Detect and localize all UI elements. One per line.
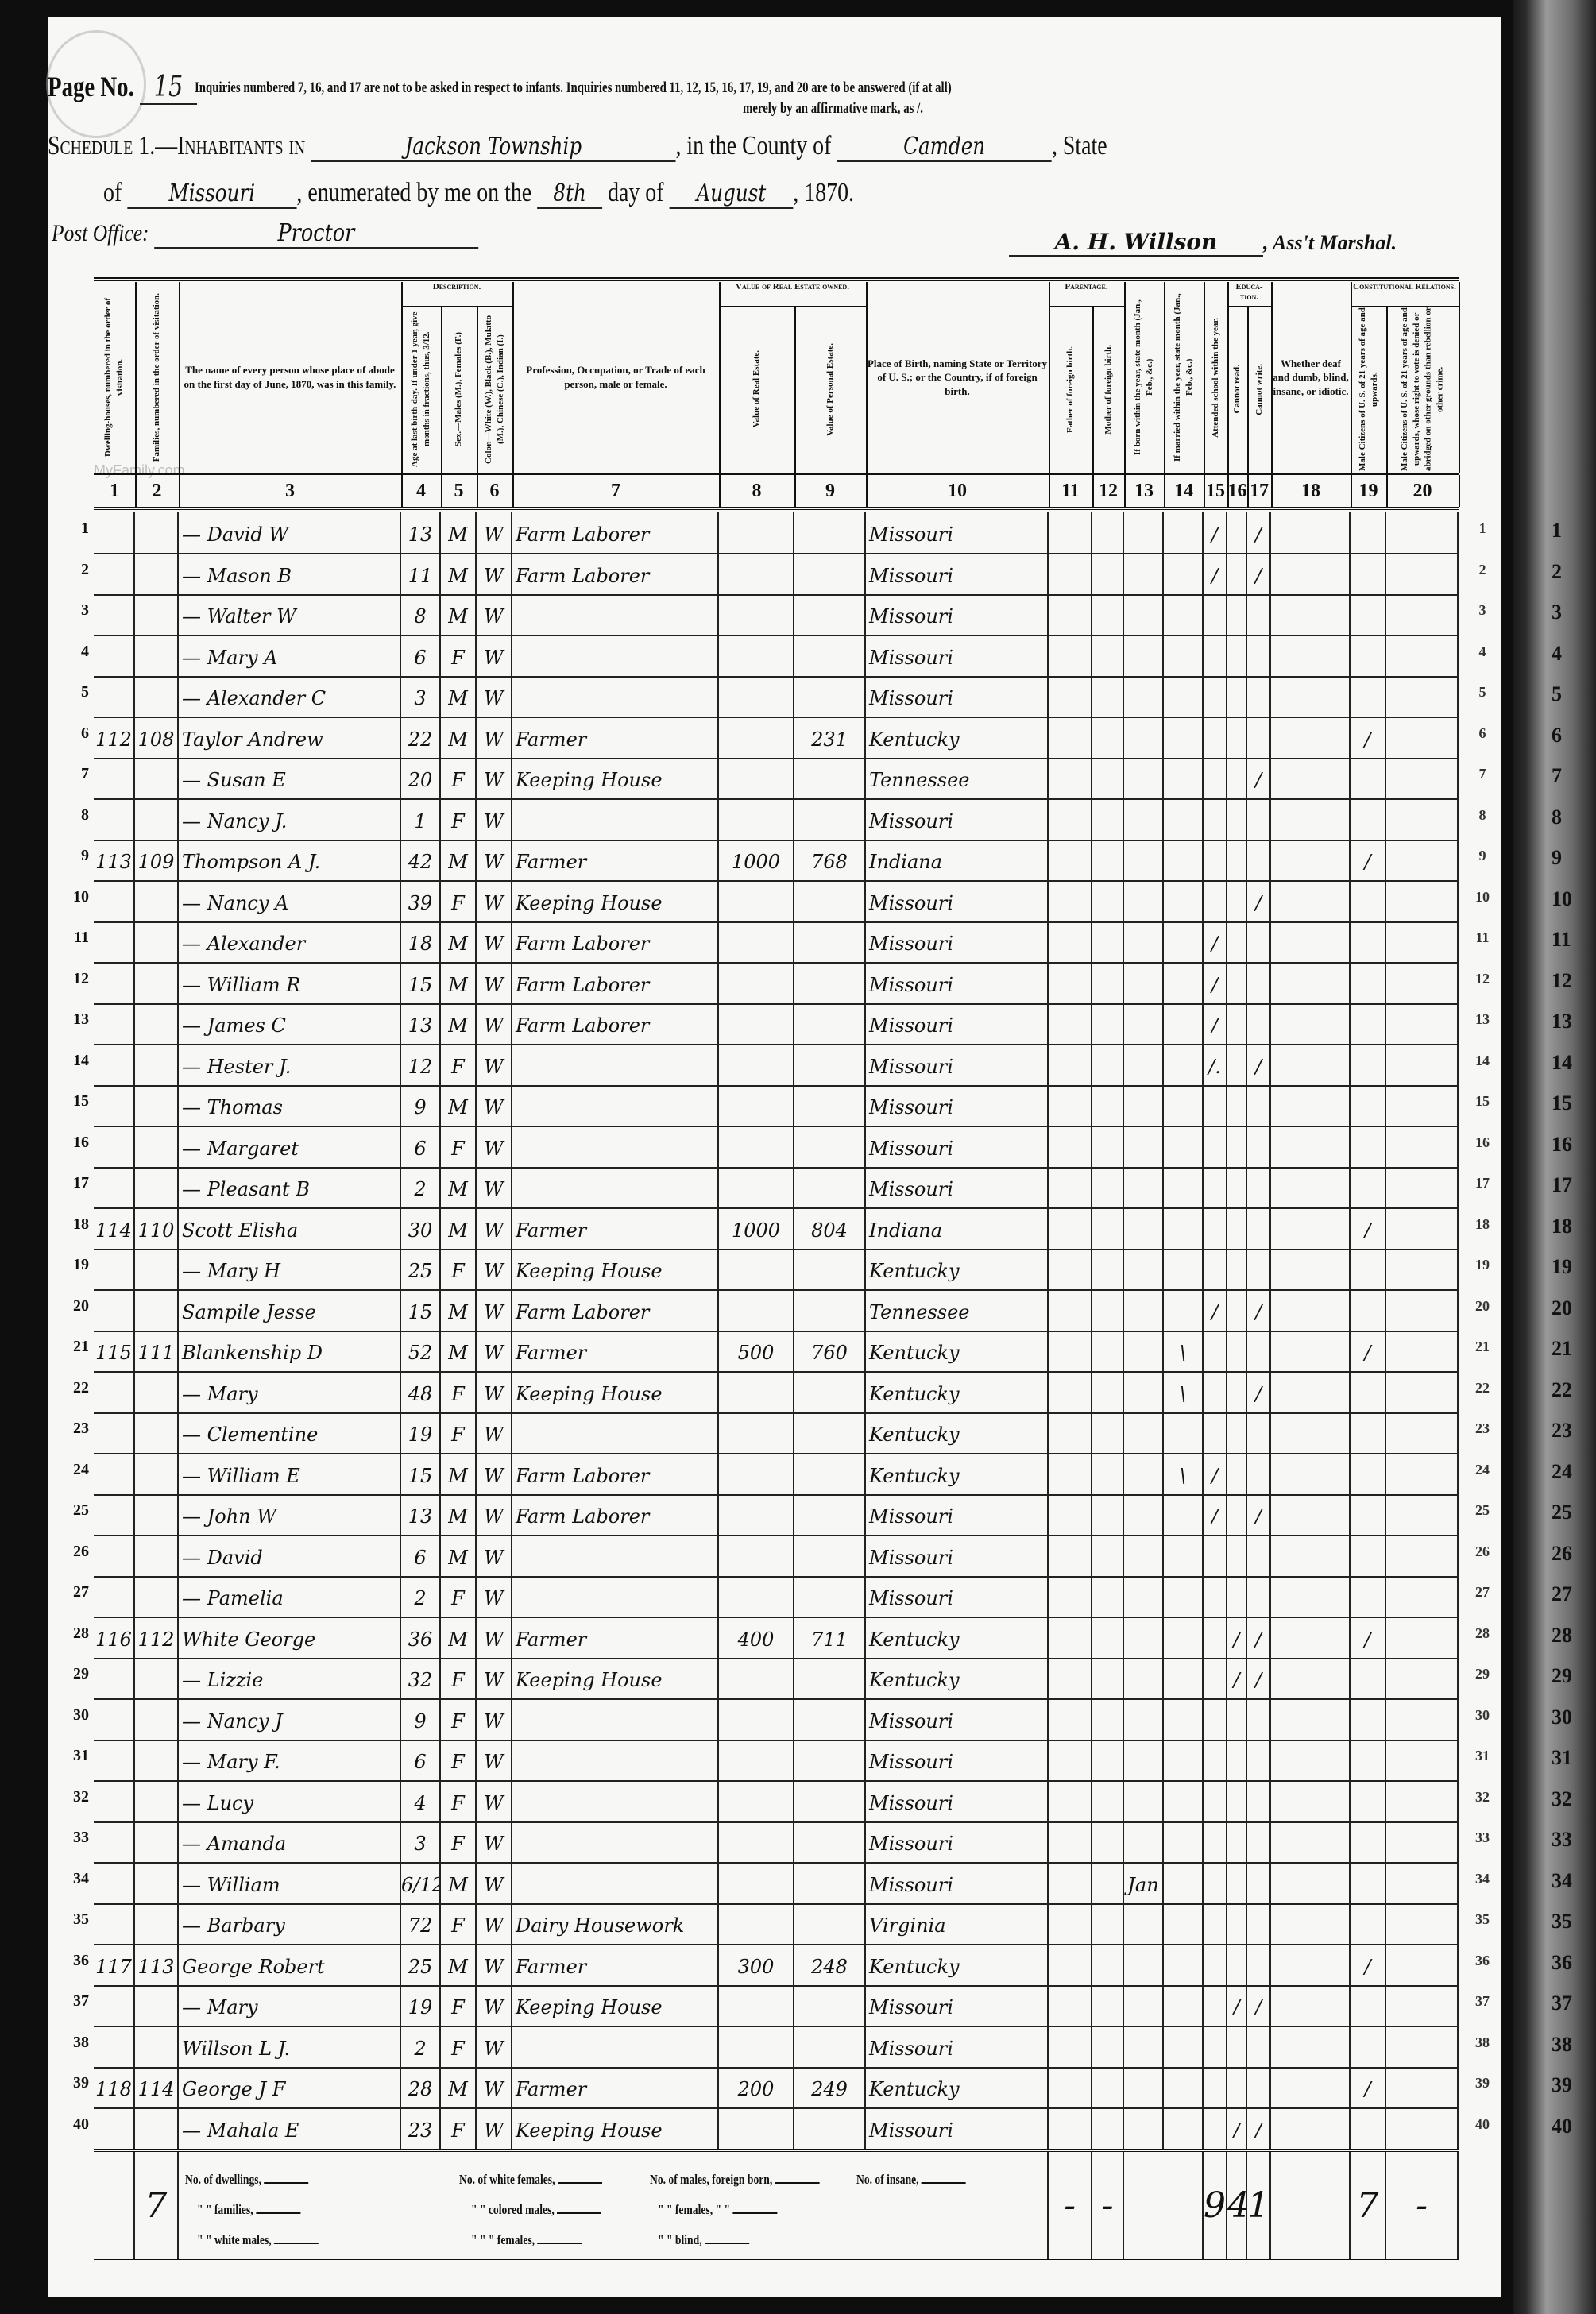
cell-c13: [1124, 1045, 1164, 1085]
column-header-5: Sex.—Males (M.), Females (F.): [441, 306, 478, 473]
cell-c20: [1386, 1658, 1459, 1698]
cell-birthplace: Missouri: [866, 1126, 1049, 1167]
cell-c11: [1049, 1781, 1092, 1821]
cell-c18: [1271, 1658, 1351, 1698]
footer-blank: [922, 2182, 966, 2184]
cell-c14: [1164, 1208, 1204, 1249]
cell-personal: [794, 1412, 866, 1453]
cell-personal: [794, 1126, 866, 1167]
cell-personal: [794, 2108, 866, 2149]
line-number: 15: [62, 1085, 89, 1117]
cell-occupation: Farm Laborer: [512, 1494, 719, 1535]
cell-name: — William: [179, 1863, 401, 1903]
line-number-right: 5: [1467, 676, 1498, 708]
line-number-right: 11: [1467, 921, 1498, 953]
cell-family: [135, 799, 179, 840]
cell-color: W: [477, 1863, 512, 1903]
cell-sex: M: [441, 840, 477, 880]
cell-name: — Mary: [179, 1372, 401, 1412]
line-number: 39: [62, 2067, 89, 2099]
line-number-right: 6: [1467, 717, 1498, 749]
cell-birthplace: Missouri: [866, 512, 1049, 553]
cell-family: [135, 1290, 179, 1331]
cell-school: /: [1204, 963, 1227, 1003]
column-header-label: Profession, Occupation, or Trade of each…: [512, 363, 719, 391]
cell-write: [1247, 799, 1271, 840]
cell-dwelling: 114: [94, 1208, 135, 1249]
cell-dwelling: 115: [94, 1331, 135, 1371]
column-number-row: 1234567891011121314151617181920: [94, 473, 1459, 510]
cell-c11: [1049, 1167, 1092, 1207]
cell-write: [1247, 594, 1271, 635]
cell-c12: [1092, 1658, 1124, 1698]
line-number: 33: [62, 1821, 89, 1853]
county-label: , in the County of: [675, 131, 831, 160]
cell-family: [135, 1126, 179, 1167]
adjacent-line-number: 9: [1552, 846, 1562, 870]
cell-personal: [794, 1863, 866, 1903]
cell-occupation: Dairy Housework: [512, 1903, 719, 1944]
cell-occupation: [512, 676, 719, 717]
cell-c18: [1271, 1903, 1351, 1944]
cell-age: 3: [401, 676, 441, 717]
column-header-7: Profession, Occupation, or Trade of each…: [512, 282, 721, 473]
cell-write: [1247, 1249, 1271, 1289]
cell-sex: M: [441, 1945, 477, 1985]
cell-c13: [1124, 1945, 1164, 1985]
column-header-label: Color.—White (W.), Black (B.), Mulatto (…: [483, 306, 507, 473]
cell-c14: [1164, 1781, 1204, 1821]
cell-occupation: [512, 1045, 719, 1085]
cell-c14: [1164, 1699, 1204, 1740]
cell-occupation: Keeping House: [512, 2108, 719, 2149]
cell-color: W: [477, 1617, 512, 1658]
cell-c18: [1271, 1536, 1351, 1576]
cell-dwelling: [94, 1126, 135, 1167]
cell-color: W: [477, 1985, 512, 2026]
cell-c14: \: [1164, 1331, 1204, 1371]
cell-write: [1247, 840, 1271, 880]
cell-write: /: [1247, 1372, 1271, 1412]
cell-real: [719, 2026, 794, 2067]
cell-real: [719, 1985, 794, 2026]
cell-c13: [1124, 676, 1164, 717]
cell-c12: [1092, 1331, 1124, 1371]
adjacent-line-number: 25: [1552, 1501, 1572, 1524]
cell-sex: F: [441, 1372, 477, 1412]
cell-sex: F: [441, 1985, 477, 2026]
cell-color: W: [477, 1003, 512, 1044]
cell-c11: [1049, 676, 1092, 717]
cell-c14: [1164, 1658, 1204, 1698]
cell-color: W: [477, 676, 512, 717]
line-number-right: 32: [1467, 1781, 1498, 1813]
cell-name: — Pamelia: [179, 1576, 401, 1617]
cell-real: [719, 1003, 794, 1044]
cell-personal: [794, 1699, 866, 1740]
cell-personal: [794, 1085, 866, 1126]
cell-c13: [1124, 635, 1164, 676]
column-header-20: Male Citizens of U. S. of 21 years of ag…: [1386, 306, 1460, 473]
cell-name: — William E: [179, 1454, 401, 1494]
cell-c13: [1124, 1985, 1164, 2026]
cell-occupation: Keeping House: [512, 758, 719, 798]
cell-read: [1227, 2026, 1247, 2067]
cell-family: [135, 1576, 179, 1617]
table-row: 3838Willson L J.2FWMissouri: [94, 2026, 1459, 2069]
cell-real: [719, 1781, 794, 1821]
cell-write: [1247, 2067, 1271, 2107]
line-number: 2: [62, 554, 89, 585]
cell-c20: [1386, 594, 1459, 635]
cell-personal: [794, 1003, 866, 1044]
cell-c12: [1092, 1208, 1124, 1249]
footer-total-cell: -: [1386, 2152, 1459, 2259]
cell-color: W: [477, 1372, 512, 1412]
cell-family: [135, 758, 179, 798]
cell-family: [135, 1658, 179, 1698]
line-number-right: 37: [1467, 1985, 1498, 2017]
cell-age: 19: [401, 1412, 441, 1453]
cell-real: [719, 1658, 794, 1698]
table-row: 3131— Mary F.6FWMissouri: [94, 1740, 1459, 1782]
footer-label-insane-label: No. of insane,: [856, 2172, 966, 2188]
line-number: 16: [62, 1126, 89, 1158]
footer-label-colored-males-label: " " colored males,: [471, 2202, 601, 2218]
cell-c12: [1092, 1903, 1124, 1944]
line-number: 31: [62, 1740, 89, 1771]
cell-occupation: [512, 1126, 719, 1167]
cell-age: 15: [401, 1290, 441, 1331]
cell-real: [719, 1821, 794, 1862]
cell-school: [1204, 594, 1227, 635]
cell-family: 113: [135, 1945, 179, 1985]
cell-write: /: [1247, 1617, 1271, 1658]
cell-real: [719, 635, 794, 676]
adjacent-line-number: 6: [1552, 724, 1562, 748]
cell-c13: [1124, 1003, 1164, 1044]
cell-personal: [794, 1372, 866, 1412]
footer-label-text: " " females, " ": [658, 2202, 730, 2217]
adjacent-line-number: 27: [1552, 1582, 1572, 1606]
footer-label-dwellings-label: No. of dwellings,: [185, 2172, 308, 2188]
cell-name: Blankenship D: [179, 1331, 401, 1371]
cell-write: [1247, 1781, 1271, 1821]
line-number: 10: [62, 881, 89, 913]
cell-color: W: [477, 1045, 512, 1085]
cell-sex: M: [441, 1167, 477, 1207]
cell-read: [1227, 1167, 1247, 1207]
cell-sex: M: [441, 963, 477, 1003]
cell-real: [719, 1699, 794, 1740]
line-number-right: 29: [1467, 1658, 1498, 1690]
footer-blank: [558, 2182, 602, 2184]
column-header-label: Place of Birth, naming State or Territor…: [866, 357, 1049, 399]
cell-birthplace: Missouri: [866, 921, 1049, 962]
cell-write: [1247, 1003, 1271, 1044]
cell-age: 42: [401, 840, 441, 880]
column-number: 7: [512, 475, 721, 507]
cell-c11: [1049, 1903, 1092, 1944]
cell-c19: [1351, 1903, 1386, 1944]
cell-name: Taylor Andrew: [179, 717, 401, 758]
column-number: 6: [477, 475, 514, 507]
cell-c13: [1124, 717, 1164, 758]
cell-color: W: [477, 1945, 512, 1985]
cell-c18: [1271, 1821, 1351, 1862]
column-header-6: Color.—White (W.), Black (B.), Mulatto (…: [477, 306, 514, 473]
cell-age: 18: [401, 921, 441, 962]
county-field: Camden: [837, 133, 1052, 162]
table-row: 1010— Nancy A39FWKeeping HouseMissouri/: [94, 881, 1459, 923]
cell-color: W: [477, 881, 512, 921]
line-number: 1: [62, 512, 89, 544]
cell-personal: [794, 1576, 866, 1617]
cell-age: 20: [401, 758, 441, 798]
line-number-right: 4: [1467, 635, 1498, 667]
footer-total-cell: -: [1092, 2152, 1124, 2259]
cell-c12: [1092, 1863, 1124, 1903]
line-number-right: 24: [1467, 1454, 1498, 1485]
cell-write: [1247, 1903, 1271, 1944]
cell-sex: F: [441, 1412, 477, 1453]
table-row: 1414— Hester J.12FWMissouri/./: [94, 1045, 1459, 1087]
cell-personal: 231: [794, 717, 866, 758]
cell-c12: [1092, 1617, 1124, 1658]
cell-age: 22: [401, 717, 441, 758]
cell-name: — Alexander: [179, 921, 401, 962]
cell-c18: [1271, 1290, 1351, 1331]
cell-c14: \: [1164, 1372, 1204, 1412]
footer-blank: [274, 2243, 319, 2244]
cell-c13: [1124, 799, 1164, 840]
line-number-right: 16: [1467, 1126, 1498, 1158]
cell-c18: [1271, 840, 1351, 880]
cell-c11: [1049, 635, 1092, 676]
column-header-label: Value of Real Estate.: [751, 350, 763, 427]
column-header-label: Whether deaf and dumb, blind, insane, or…: [1271, 357, 1351, 399]
cell-c13: [1124, 1781, 1164, 1821]
cell-family: [135, 594, 179, 635]
adjacent-line-number: 19: [1552, 1255, 1572, 1279]
cell-c19: [1351, 594, 1386, 635]
adjacent-line-number: 13: [1552, 1010, 1572, 1033]
cell-sex: F: [441, 1045, 477, 1085]
cell-c19: [1351, 2108, 1386, 2149]
cell-personal: [794, 921, 866, 962]
table-row: 11— David W13MWFarm LaborerMissouri//: [94, 512, 1459, 554]
cell-c20: [1386, 1208, 1459, 1249]
adjacent-line-number: 2: [1552, 560, 1562, 584]
cell-c20: [1386, 1945, 1459, 1985]
table-row: 3333— Amanda3FWMissouri: [94, 1821, 1459, 1864]
cell-dwelling: [94, 1290, 135, 1331]
cell-c14: [1164, 1617, 1204, 1658]
line-number: 9: [62, 840, 89, 871]
cell-real: [719, 799, 794, 840]
cell-personal: [794, 1821, 866, 1862]
cell-real: [719, 1412, 794, 1453]
adjacent-line-number: 24: [1552, 1460, 1572, 1484]
line-number-right: 9: [1467, 840, 1498, 871]
cell-age: 28: [401, 2067, 441, 2107]
cell-c19: [1351, 1494, 1386, 1535]
cell-write: [1247, 676, 1271, 717]
cell-c12: [1092, 2026, 1124, 2067]
cell-c13: [1124, 921, 1164, 962]
cell-real: [719, 921, 794, 962]
cell-c18: [1271, 1576, 1351, 1617]
table-row: 99113109Thompson A J.42MWFarmer1000768In…: [94, 840, 1459, 882]
line-number: 30: [62, 1699, 89, 1731]
cell-color: W: [477, 2067, 512, 2107]
cell-age: 11: [401, 554, 441, 594]
cell-write: [1247, 717, 1271, 758]
cell-real: [719, 1045, 794, 1085]
cell-occupation: [512, 799, 719, 840]
cell-c20: [1386, 840, 1459, 880]
cell-personal: [794, 758, 866, 798]
table-row: 66112108Taylor Andrew22MWFarmer231Kentuc…: [94, 717, 1459, 759]
cell-read: [1227, 1536, 1247, 1576]
cell-dwelling: [94, 963, 135, 1003]
cell-occupation: Farmer: [512, 2067, 719, 2107]
cell-c19: [1351, 1454, 1386, 1494]
cell-name: — David: [179, 1536, 401, 1576]
cell-c11: [1049, 1699, 1092, 1740]
cell-c19: [1351, 1290, 1386, 1331]
cell-occupation: Farmer: [512, 1331, 719, 1371]
cell-personal: [794, 1985, 866, 2026]
cell-color: W: [477, 1412, 512, 1453]
cell-c14: [1164, 2067, 1204, 2107]
line-number-right: 18: [1467, 1208, 1498, 1240]
cell-age: 30: [401, 1208, 441, 1249]
footer-total-cell: -: [1049, 2152, 1092, 2259]
table-row: 22— Mason B11MWFarm LaborerMissouri//: [94, 554, 1459, 596]
cell-c20: [1386, 512, 1459, 553]
line-number: 18: [62, 1208, 89, 1240]
cell-read: [1227, 512, 1247, 553]
cell-family: [135, 676, 179, 717]
cell-dwelling: [94, 1085, 135, 1126]
cell-c13: [1124, 1617, 1164, 1658]
cell-sex: M: [441, 1863, 477, 1903]
cell-c19: [1351, 1167, 1386, 1207]
adjacent-line-number: 36: [1552, 1951, 1572, 1975]
cell-color: W: [477, 758, 512, 798]
cell-personal: 711: [794, 1617, 866, 1658]
cell-c20: [1386, 1985, 1459, 2026]
cell-c11: [1049, 1045, 1092, 1085]
cell-birthplace: Missouri: [866, 1863, 1049, 1903]
cell-birthplace: Missouri: [866, 676, 1049, 717]
cell-age: 32: [401, 1658, 441, 1698]
adjacent-line-number: 17: [1552, 1173, 1572, 1197]
cell-c18: [1271, 1331, 1351, 1371]
cell-c19: /: [1351, 2067, 1386, 2107]
cell-dwelling: [94, 1863, 135, 1903]
column-header-label: Cannot read.: [1231, 365, 1243, 414]
cell-birthplace: Missouri: [866, 554, 1049, 594]
cell-c19: /: [1351, 840, 1386, 880]
line-number-right: 25: [1467, 1494, 1498, 1526]
cell-write: [1247, 1167, 1271, 1207]
cell-name: — Mahala E: [179, 2108, 401, 2149]
table-row: 2525— John W13MWFarm LaborerMissouri//: [94, 1494, 1459, 1536]
cell-personal: [794, 554, 866, 594]
line-number: 32: [62, 1781, 89, 1813]
cell-c12: [1092, 635, 1124, 676]
cell-color: W: [477, 1781, 512, 1821]
cell-write: /: [1247, 554, 1271, 594]
cell-c19: [1351, 1740, 1386, 1780]
cell-age: 6: [401, 1536, 441, 1576]
cell-school: [1204, 1249, 1227, 1289]
cell-family: [135, 2026, 179, 2067]
cell-birthplace: Missouri: [866, 799, 1049, 840]
column-header-label: Cannot write.: [1254, 364, 1266, 415]
cell-c20: [1386, 963, 1459, 1003]
adjacent-line-number: 35: [1552, 1910, 1572, 1933]
cell-c12: [1092, 758, 1124, 798]
summary-footer: 7--94127-No. of dwellings, " " families,…: [94, 2149, 1459, 2262]
cell-real: [719, 1863, 794, 1903]
cell-write: [1247, 1331, 1271, 1371]
adjacent-line-number: 4: [1552, 642, 1562, 666]
cell-school: /: [1204, 1003, 1227, 1044]
cell-c18: [1271, 1208, 1351, 1249]
line-number-right: 36: [1467, 1945, 1498, 1976]
line-number-right: 38: [1467, 2026, 1498, 2058]
column-number: 12: [1092, 475, 1126, 507]
cell-c11: [1049, 1126, 1092, 1167]
cell-c19: [1351, 1003, 1386, 1044]
cell-color: W: [477, 2026, 512, 2067]
cell-personal: [794, 1454, 866, 1494]
cell-c13: [1124, 881, 1164, 921]
footer-label-text: No. of insane,: [856, 2172, 919, 2187]
cell-c19: [1351, 1658, 1386, 1698]
cell-family: [135, 1536, 179, 1576]
cell-sex: M: [441, 1208, 477, 1249]
cell-c18: [1271, 554, 1351, 594]
cell-c20: [1386, 1617, 1459, 1658]
footer-label-text: No. of dwellings,: [185, 2172, 261, 2187]
line-number-right: 10: [1467, 881, 1498, 913]
footer-label-text: " " " females,: [471, 2232, 535, 2247]
cell-name: — Nancy J: [179, 1699, 401, 1740]
cell-name: George J F: [179, 2067, 401, 2107]
cell-read: [1227, 1331, 1247, 1371]
cell-c20: [1386, 1167, 1459, 1207]
cell-c19: [1351, 881, 1386, 921]
column-number: 18: [1271, 475, 1352, 507]
cell-school: [1204, 717, 1227, 758]
cell-write: /: [1247, 881, 1271, 921]
cell-personal: 768: [794, 840, 866, 880]
line-number: 14: [62, 1045, 89, 1076]
column-header-4: Age at last birth-day. If under 1 year, …: [401, 306, 442, 473]
cell-c19: [1351, 1412, 1386, 1453]
cell-read: [1227, 881, 1247, 921]
cell-personal: [794, 1494, 866, 1535]
cell-write: [1247, 1208, 1271, 1249]
cell-dwelling: [94, 512, 135, 553]
column-header-label: Sex.—Males (M.), Females (F.): [453, 332, 465, 446]
cell-c13: [1124, 1412, 1164, 1453]
column-number: 16: [1227, 475, 1249, 507]
